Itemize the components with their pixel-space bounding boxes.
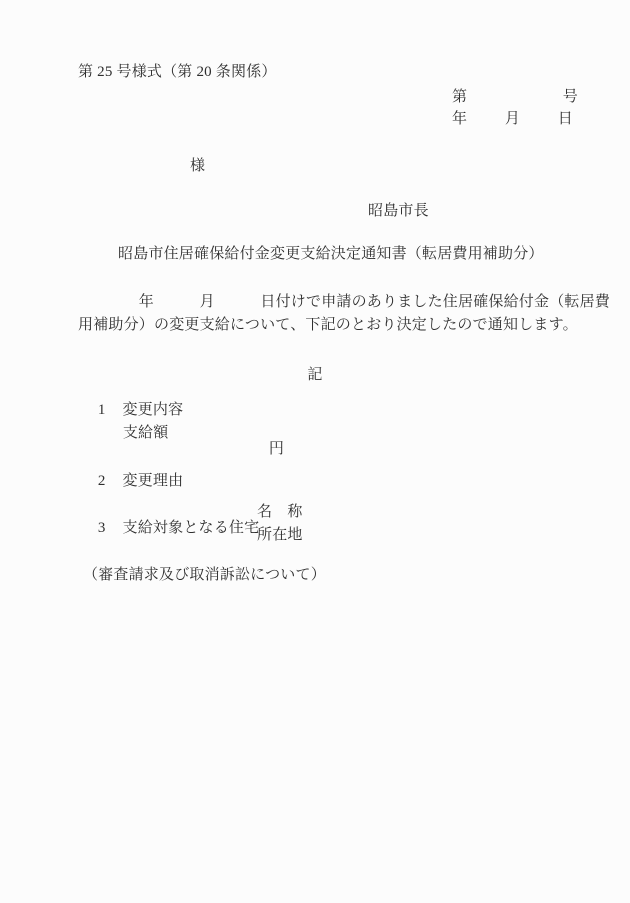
body-paragraph-line-2: 用補助分）の変更支給について、下記のとおり決定したので通知します。 [78,317,578,333]
recipient-honorific: 様 [190,158,205,174]
payment-unit-label: 円 [269,441,284,457]
housing-location-label: 所在地 [257,527,303,543]
doc-number-suffix: 号 [563,89,578,105]
body-paragraph-line-1: 年 月 日付けで申請のありました住居確保給付金（転居費 [78,294,610,310]
appeal-footnote: （審査請求及び取消訴訟について） [83,567,326,583]
date-row: 年 月 日 [452,111,573,127]
date-day-label: 日 [558,111,573,127]
housing-name-label: 名 称 [257,504,303,520]
item-2-number: 2 [98,473,106,489]
document-page: 第 25 号様式（第 20 条関係） 第 号 年 月 日 様 昭島市長 昭島市住… [0,0,630,903]
issuer-name: 昭島市長 [368,203,429,219]
item-1-number: 1 [98,402,106,418]
date-year-label: 年 [452,111,467,127]
document-number-row: 第 号 [452,89,578,105]
item-3-label: 支給対象となる住宅 [123,520,260,536]
item-2-change-reason: 2変更理由 [82,457,183,505]
date-month-label: 月 [505,111,520,127]
item-3-target-housing: 3支給対象となる住宅 [82,504,259,552]
item-3-number: 3 [98,520,106,536]
form-number-line: 第 25 号様式（第 20 条関係） [78,64,277,80]
payment-amount-label: 支給額 [123,425,169,441]
item-2-label: 変更理由 [123,473,184,489]
doc-number-prefix: 第 [452,89,467,105]
document-title: 昭島市住居確保給付金変更支給決定通知書（転居費用補助分） [118,246,544,262]
record-marker: 記 [0,367,630,383]
